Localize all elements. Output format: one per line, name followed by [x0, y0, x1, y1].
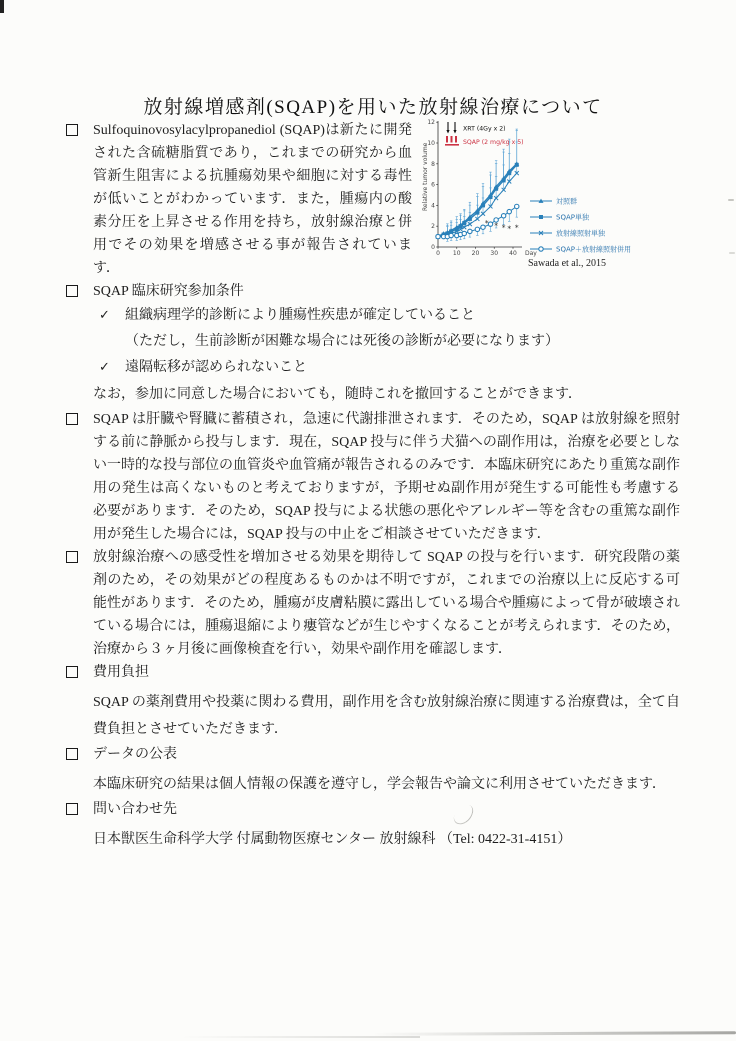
- svg-text:対照群: 対照群: [556, 196, 577, 205]
- efficacy-text: 放射線治療への感受性を増加させる効果を期待して SQAP の投与を行います．研究…: [93, 546, 680, 661]
- section-intro: 024681012010203040DayRelative tumor volu…: [66, 119, 680, 280]
- scan-artifact-dash: [729, 252, 735, 254]
- document-page: 放射線増感剤(SQAP)を用いた放射線治療について 02468101201020…: [0, 0, 736, 1041]
- svg-text:12: 12: [427, 119, 435, 126]
- svg-text:40: 40: [509, 250, 517, 257]
- scan-artifact-bottom-shadow: [180, 1036, 420, 1038]
- svg-text:*: *: [485, 219, 489, 228]
- svg-text:20: 20: [472, 250, 480, 257]
- checkbox-icon: [66, 666, 78, 678]
- svg-text:放射線照射単独: 放射線照射単独: [556, 228, 606, 237]
- svg-text:*: *: [515, 223, 519, 232]
- checkbox-icon: [66, 124, 78, 136]
- svg-text:*: *: [502, 223, 506, 232]
- svg-text:Sawada et al., 2015: Sawada et al., 2015: [528, 258, 606, 269]
- svg-text:0: 0: [436, 250, 440, 257]
- svg-text:Day: Day: [525, 250, 537, 257]
- criteria-heading: SQAP 臨床研究参加条件: [93, 280, 680, 303]
- svg-text:4: 4: [431, 202, 435, 209]
- svg-text:30: 30: [490, 250, 498, 257]
- svg-text:8: 8: [431, 161, 435, 168]
- checkbox-icon: [66, 551, 78, 563]
- svg-text:SQAP (2 mg/kg x 5): SQAP (2 mg/kg x 5): [463, 139, 524, 146]
- publication-text: 本臨床研究の結果は個人情報の保護を遵守し，学会報告や論文に利用させていただきます…: [93, 771, 680, 798]
- publication-heading: データの公表: [93, 743, 680, 766]
- checkmark-icon: ✓: [99, 355, 125, 381]
- checkmark-icon: ✓: [99, 303, 125, 329]
- scan-artifact-corner: [0, 0, 4, 13]
- criteria-item-1: ✓ 組織病理学的診断により腫瘍性疾患が確定していること: [93, 303, 680, 329]
- svg-text:Relative tumor volume: Relative tumor volume: [422, 142, 429, 211]
- scan-artifact-dash: [728, 199, 734, 201]
- section-cost: 費用負担 SQAP の薬剤費用や投薬に関わる費用，副作用を含む放射線治療に関連す…: [66, 661, 680, 743]
- tumor-growth-figure: 024681012010203040DayRelative tumor volu…: [422, 117, 680, 269]
- contact-heading: 問い合わせ先: [93, 798, 680, 821]
- section-publication: データの公表 本臨床研究の結果は個人情報の保護を遵守し，学会報告や論文に利用させ…: [66, 743, 680, 798]
- section-safety: SQAP は肝臓や腎臓に蓄積され，急速に代謝排泄されます．そのため，SQAP は…: [66, 408, 680, 546]
- svg-text:10: 10: [453, 250, 461, 257]
- svg-text:0: 0: [431, 244, 435, 251]
- cost-text: SQAP の薬剤費用や投薬に関わる費用，副作用を含む放射線治療に関連する治療費は…: [93, 689, 680, 743]
- svg-text:2: 2: [431, 223, 435, 230]
- checkbox-icon: [66, 285, 78, 297]
- criteria-item-2: ✓ 遠隔転移が認められないこと: [93, 355, 680, 381]
- criteria-item-1-text: 組織病理学的診断により腫瘍性疾患が確定していること: [125, 303, 475, 329]
- svg-text:XRT (4Gy x 2): XRT (4Gy x 2): [463, 126, 506, 133]
- checkbox-icon: [66, 748, 78, 760]
- document-content: 放射線増感剤(SQAP)を用いた放射線治療について 02468101201020…: [66, 0, 680, 853]
- criteria-item-2-text: 遠隔転移が認められないこと: [125, 355, 307, 381]
- contact-text: 日本獣医生命科学大学 付属動物医療センター 放射線科 （Tel: 0422-31…: [93, 826, 680, 853]
- tumor-growth-chart: 024681012010203040DayRelative tumor volu…: [422, 117, 680, 269]
- section-contact: 問い合わせ先 日本獣医生命科学大学 付属動物医療センター 放射線科 （Tel: …: [66, 798, 680, 853]
- checkbox-icon: [66, 803, 78, 815]
- safety-text: SQAP は肝臓や腎臓に蓄積され，急速に代謝排泄されます．そのため，SQAP は…: [93, 408, 680, 546]
- svg-text:SQAP＋放射線照射併用: SQAP＋放射線照射併用: [556, 244, 631, 253]
- svg-text:6: 6: [431, 182, 435, 189]
- page-title: 放射線増感剤(SQAP)を用いた放射線治療について: [66, 92, 680, 119]
- section-criteria: SQAP 臨床研究参加条件 ✓ 組織病理学的診断により腫瘍性疾患が確定しているこ…: [66, 280, 680, 408]
- scan-artifact-bottom-shadow: [372, 1031, 736, 1036]
- svg-text:*: *: [494, 221, 498, 230]
- cost-heading: 費用負担: [93, 661, 680, 684]
- section-efficacy: 放射線治療への感受性を増加させる効果を期待して SQAP の投与を行います．研究…: [66, 546, 680, 661]
- criteria-item-1-note: （ただし，生前診断が困難な場合には死後の診断が必要になります）: [93, 329, 680, 355]
- svg-text:*: *: [507, 224, 511, 233]
- criteria-note: なお，参加に同意した場合においても，随時これを撤回することができます．: [93, 381, 680, 408]
- svg-text:SQAP単独: SQAP単独: [556, 212, 590, 221]
- checkbox-icon: [66, 413, 78, 425]
